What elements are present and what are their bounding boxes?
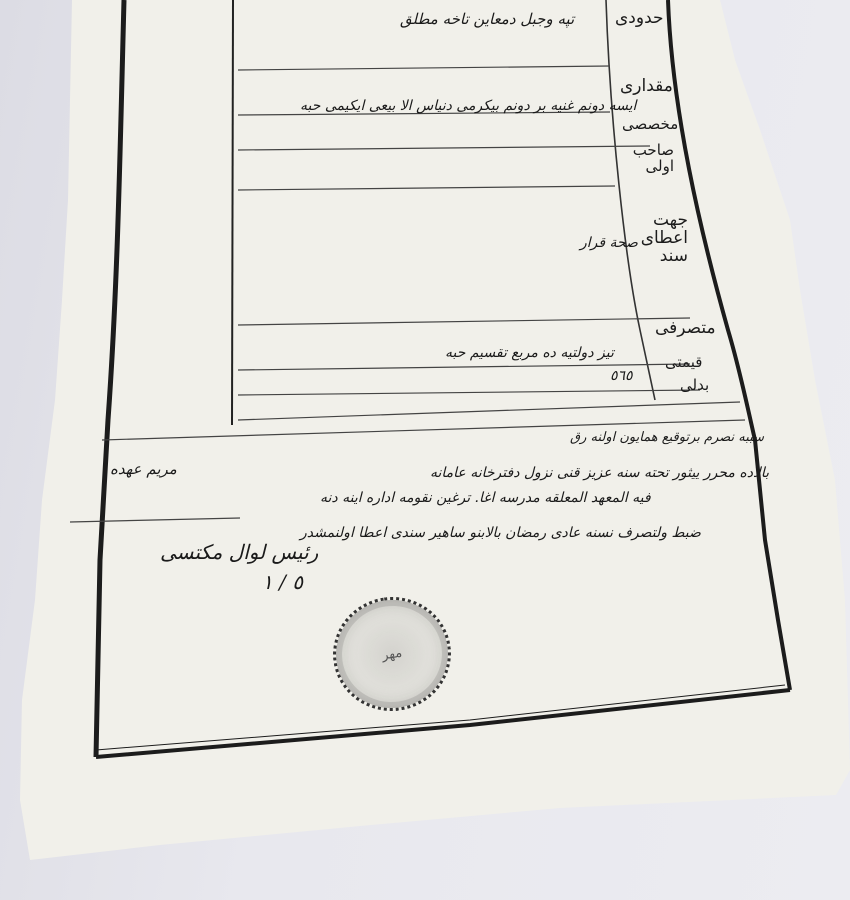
- entry-designation: ایسه دونم غنیه بر دونم بیکرمی دنیاس الا …: [300, 98, 636, 114]
- row-label-value: قیمتی: [665, 355, 702, 371]
- row-label-quantity: مقداری: [620, 78, 673, 96]
- date-mark: ٥ / ١: [262, 570, 303, 594]
- body-line-1: سببه نصرم برتوقیع همایون اولنه رق: [570, 430, 764, 445]
- row-label-possessor: متصرفی: [655, 320, 716, 338]
- row-label-boundaries: حدودی: [615, 10, 664, 28]
- row-label-designation: مخصصی: [622, 117, 678, 133]
- row-label-reason: جهت اعطای سند: [640, 212, 688, 266]
- margin-note: مریم عهده: [110, 460, 177, 478]
- entry-boundaries: تپه وجبل دمعاین تاخه مطلق: [400, 10, 574, 28]
- row-label-price: بدلی: [680, 378, 709, 394]
- body-line-2: بالاده محرر ییثور تحته سنه عزیز قنی نزول…: [430, 465, 769, 481]
- body-line-4: ضبط ولتصرف نسنه عادی رمضان بالابنو ساهیر…: [300, 525, 701, 541]
- row-label-previous-owner: صاحب اولی: [624, 143, 674, 175]
- entry-value: تیز دولتیه ده مربع تقسیم حبه: [445, 345, 614, 361]
- seal-text: مهر: [381, 645, 403, 663]
- entry-reason: صحة قرار: [580, 235, 638, 251]
- document-frame: [0, 0, 850, 900]
- body-line-3: فیه المعهد المعلقه مدرسه اغا. ترغین نقوم…: [320, 490, 651, 506]
- entry-price: ٥٦٥: [610, 368, 633, 384]
- signature: رئیس لوال مکتسی: [160, 540, 318, 564]
